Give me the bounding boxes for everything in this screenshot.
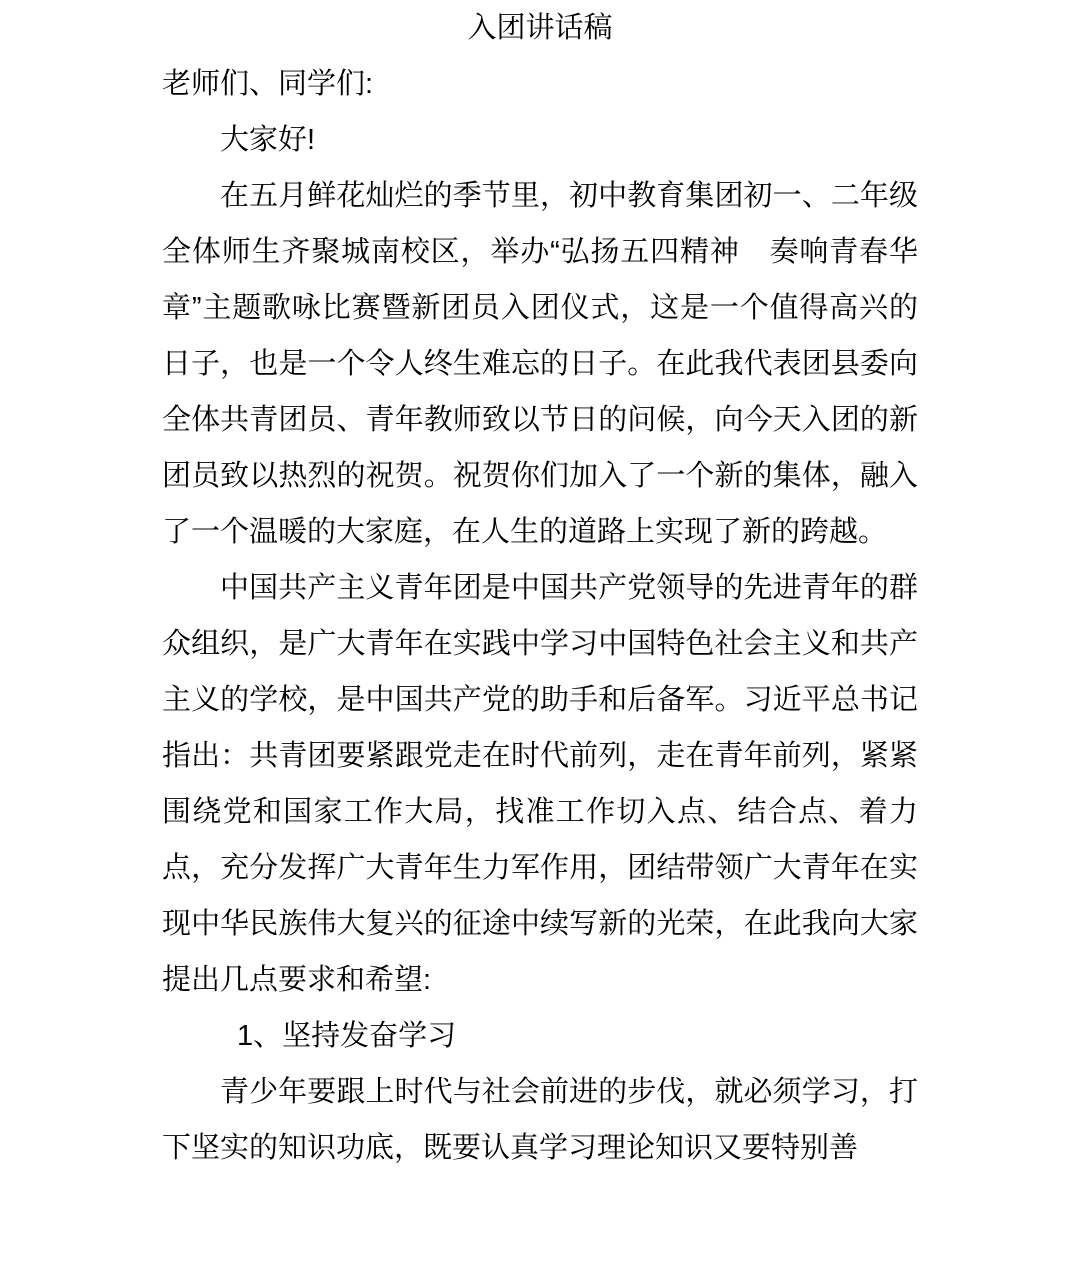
paragraph-salutation: 老师们、同学们: — [162, 56, 918, 112]
paragraph-body-3: 青少年要跟上时代与社会前进的步伐，就必须学习，打下坚实的知识功底，既要认真学习理… — [162, 1064, 918, 1176]
paragraph-body-1: 在五月鲜花灿烂的季节里，初中教育集团初一、二年级全体师生齐聚城南校区，举办“弘扬… — [162, 168, 918, 560]
document-page: 入团讲话稿 老师们、同学们: 大家好! 在五月鲜花灿烂的季节里，初中教育集团初一… — [0, 0, 1080, 1262]
paragraph-body-2: 中国共产主义青年团是中国共产党领导的先进青年的群众组织，是广大青年在实践中学习中… — [162, 560, 918, 1008]
paragraph-numbered-heading-1: 1、坚持发奋学习 — [162, 1008, 918, 1064]
paragraph-greeting: 大家好! — [162, 112, 918, 168]
document-title: 入团讲话稿 — [162, 0, 918, 56]
